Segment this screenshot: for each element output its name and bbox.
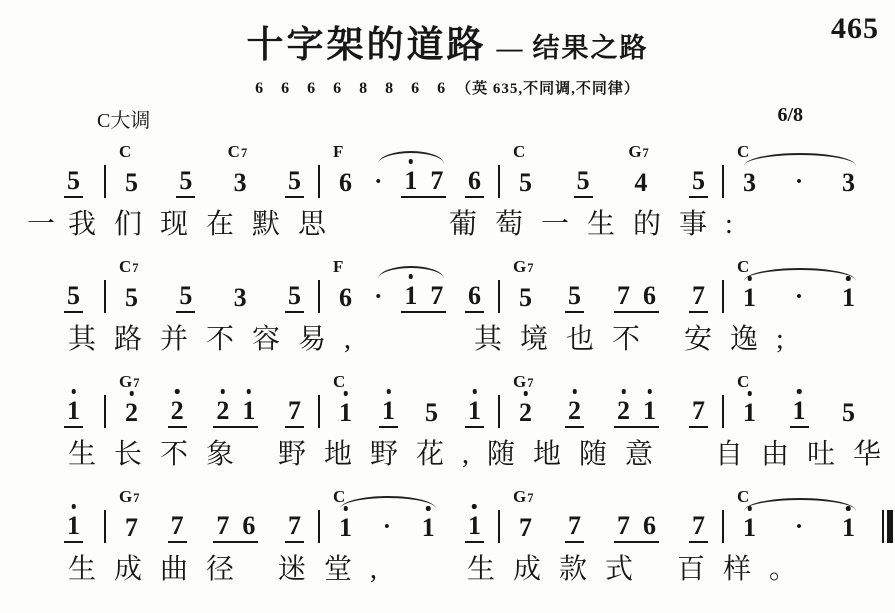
- notation-row: 1G722217C1151G722217C115: [0, 364, 895, 428]
- slur: [744, 153, 856, 166]
- chord-label: C: [737, 372, 750, 392]
- note-digit: 2: [617, 396, 630, 426]
- chord-label: C: [737, 487, 750, 507]
- note-digit: 1: [740, 398, 759, 428]
- note: G77: [122, 513, 141, 543]
- slur: [340, 496, 436, 509]
- octave-dot: [523, 391, 528, 396]
- note: 2: [168, 396, 187, 428]
- note-digit: 7: [285, 396, 304, 428]
- note-digit: 5: [176, 281, 195, 313]
- meter-row: 6 6 6 6 8 8 6 6 （英 635,不同调,不同律）: [0, 77, 895, 98]
- chord-label: C: [119, 142, 132, 162]
- note: 7: [168, 511, 187, 543]
- note: 1: [839, 283, 858, 313]
- system-2: 5C75535F6•176G755767C1•1其路并不容易,其境也不安逸;: [0, 249, 895, 359]
- note-group: 17: [401, 281, 446, 313]
- note: 7: [285, 511, 304, 543]
- beamed-notes: 21: [614, 396, 659, 428]
- beamed-notes: 21: [213, 396, 258, 428]
- lyric-phrase: 生成款式: [467, 547, 651, 587]
- lyric-phrase: 其境也不: [474, 317, 658, 357]
- octave-dot: [797, 389, 802, 394]
- note-digit: 5: [422, 398, 441, 428]
- pickup-measure: 1: [64, 511, 104, 543]
- duration-dot: •: [374, 168, 383, 198]
- note: 2: [565, 396, 584, 428]
- note: 1: [64, 511, 83, 543]
- pickup-measure: 1: [64, 396, 104, 428]
- note-digit: 6: [242, 511, 255, 541]
- note-digit: 2: [216, 396, 229, 426]
- note-digit: 7: [168, 511, 187, 543]
- note-digit: 2: [565, 396, 584, 428]
- lyrics-row: 其路并不容易,其境也不安逸;: [0, 315, 895, 359]
- octave-dot: [343, 391, 348, 396]
- hymn-subtitle: 结果之路: [533, 26, 649, 65]
- octave-dot: [572, 389, 577, 394]
- note-digit: 1: [740, 513, 759, 543]
- note: 5: [285, 166, 304, 198]
- beamed-notes: 76: [213, 511, 258, 543]
- octave-dot: [621, 389, 626, 394]
- measure: C75535: [106, 281, 318, 313]
- note-digit: 1: [242, 396, 255, 426]
- note-digit: 5: [839, 398, 858, 428]
- note: C1: [740, 513, 759, 543]
- note: G74: [631, 168, 650, 198]
- measure: C115: [724, 396, 872, 428]
- chord-label: G7: [513, 257, 534, 277]
- note: 5: [574, 166, 593, 198]
- lyrics-row: 生成曲径迷堂,生成款式百样。: [0, 545, 895, 589]
- measure: G777767: [500, 511, 722, 543]
- note-digit: 5: [64, 166, 83, 198]
- note: 7: [689, 396, 708, 428]
- note-digit: 1: [64, 396, 83, 428]
- note: 1: [790, 396, 809, 428]
- note: G72: [516, 398, 535, 428]
- note-digit: 2: [168, 396, 187, 428]
- note-digit: 5: [574, 166, 593, 198]
- note: 5: [64, 281, 83, 313]
- note: 1: [379, 396, 398, 428]
- lyric-phrase: 生成曲径: [68, 547, 252, 587]
- note-digit: 7: [617, 511, 630, 541]
- note-digit: 7: [617, 281, 630, 311]
- note-digit: 7: [122, 513, 141, 543]
- notation-row: 5C75535F6•176G755767C1•1: [0, 249, 895, 313]
- note-digit: 7: [430, 281, 443, 311]
- note: C5: [516, 168, 535, 198]
- note-digit: 7: [285, 511, 304, 543]
- measure: G722217: [500, 396, 722, 428]
- note: G72: [122, 398, 141, 428]
- octave-dot: [472, 389, 477, 394]
- slur: [378, 151, 444, 164]
- note-digit: 6: [465, 166, 484, 198]
- measure: C1•1: [724, 513, 872, 543]
- note-group: 21: [614, 396, 659, 428]
- hymn-title: 十字架的道路: [247, 14, 487, 68]
- measure: G755767: [500, 281, 722, 313]
- measure: C1151: [320, 396, 498, 428]
- note-digit: 1: [404, 166, 417, 196]
- note: 5: [422, 398, 441, 428]
- beamed-notes: 76: [614, 281, 659, 313]
- note: 5: [64, 166, 83, 198]
- octave-dot: [647, 389, 652, 394]
- lyric-phrase: 葡萄一生的事:: [449, 202, 751, 242]
- note: 1: [419, 513, 438, 543]
- note: 7: [689, 511, 708, 543]
- duration-dot: •: [382, 513, 391, 543]
- note-digit: 1: [379, 396, 398, 428]
- note: C3: [740, 168, 759, 198]
- lyric-phrase: 安逸;: [684, 317, 802, 357]
- measure: C55C735: [106, 166, 318, 198]
- beamed-notes: 76: [614, 511, 659, 543]
- note: 1: [839, 513, 858, 543]
- note-digit: 7: [516, 513, 535, 543]
- chord-label: C: [513, 142, 526, 162]
- note-digit: 7: [216, 511, 229, 541]
- chord-label: G7: [513, 487, 534, 507]
- chord-label: C: [737, 142, 750, 162]
- note-group: 21: [213, 396, 258, 428]
- note-digit: 3: [839, 168, 858, 198]
- tune-reference: （英 635,不同调,不同律）: [456, 81, 640, 97]
- note: 6: [465, 281, 484, 313]
- notation-row: 1G777767C1•11G777767C1•1: [0, 479, 895, 543]
- lyrics-row: 生长不象野地野花,随地随意自由吐华;: [0, 430, 895, 474]
- measure: G722217: [106, 396, 318, 428]
- octave-dot: [175, 389, 180, 394]
- lyric-phrase: 野地野花,随地随意: [278, 432, 671, 472]
- lyric-phrase: 百样。: [677, 547, 815, 587]
- chord-label: G7: [119, 487, 140, 507]
- octave-dot: [472, 504, 477, 509]
- lyric-phrase: 生长不象: [68, 432, 252, 472]
- note-digit: 1: [643, 396, 656, 426]
- note-digit: 1: [419, 513, 438, 543]
- note: C1: [740, 283, 759, 313]
- note-digit: 7: [689, 396, 708, 428]
- chord-label: C7: [119, 257, 140, 277]
- note: 7: [285, 396, 304, 428]
- duration-dot: •: [794, 283, 803, 313]
- note-digit: 1: [839, 513, 858, 543]
- octave-dot: [747, 391, 752, 396]
- note: 3: [231, 283, 250, 313]
- note-digit: 5: [516, 283, 535, 313]
- note-digit: 1: [790, 396, 809, 428]
- note: C73: [231, 168, 250, 198]
- beamed-notes: 17: [401, 166, 446, 198]
- note-digit: 2: [122, 398, 141, 428]
- note-digit: 5: [122, 283, 141, 313]
- title-dash: —: [497, 34, 523, 64]
- note: 7: [565, 511, 584, 543]
- duration-dot: •: [794, 168, 803, 198]
- note: G77: [516, 513, 535, 543]
- measure: C1•11: [320, 511, 498, 543]
- measure: F6•176: [320, 166, 498, 198]
- note-digit: 3: [740, 168, 759, 198]
- note-digit: 2: [516, 398, 535, 428]
- lyric-phrase: 迷堂,: [278, 547, 395, 587]
- time-signature: 6/8: [777, 104, 803, 127]
- system-1: 5C55C735F6•176C55G745C3•3一我们现在默思葡萄一生的事:: [0, 134, 895, 244]
- note: C75: [122, 283, 141, 313]
- lyrics-row: 一我们现在默思葡萄一生的事:: [0, 200, 895, 244]
- system-4: 1G777767C1•11G777767C1•1生成曲径迷堂,生成款式百样。: [0, 479, 895, 589]
- note-group: 76: [614, 281, 659, 313]
- note-digit: 6: [336, 283, 355, 313]
- note: 5: [176, 166, 195, 198]
- octave-dot: [129, 391, 134, 396]
- note: 5: [176, 281, 195, 313]
- note: F6: [336, 283, 355, 313]
- note-digit: 5: [122, 168, 141, 198]
- octave-dot: [71, 389, 76, 394]
- note-group: 76: [213, 511, 258, 543]
- lyric-phrase: 其路并不容易,: [68, 317, 369, 357]
- title-row: 十字架的道路 — 结果之路: [0, 0, 895, 68]
- note: C5: [122, 168, 141, 198]
- note-digit: 7: [430, 166, 443, 196]
- measure: C55G745: [500, 166, 722, 198]
- system-3: 1G722217C1151G722217C115生长不象野地野花,随地随意自由吐…: [0, 364, 895, 474]
- pickup-measure: 5: [64, 281, 104, 313]
- chord-label: C: [737, 257, 750, 277]
- note-digit: 6: [643, 281, 656, 311]
- chord-label: F: [333, 142, 344, 162]
- note: C1: [336, 513, 355, 543]
- note-digit: 3: [231, 168, 250, 198]
- note: 1: [465, 396, 484, 428]
- note: 5: [565, 281, 584, 313]
- key-time-row: C大调 6/8: [0, 104, 895, 132]
- note-digit: 6: [336, 168, 355, 198]
- hymn-sheet-page: 465 十字架的道路 — 结果之路 6 6 6 6 8 8 6 6 （英 635…: [0, 0, 895, 613]
- notation-row: 5C55C735F6•176C55G745C3•3: [0, 134, 895, 198]
- note: 3: [839, 168, 858, 198]
- final-barline: [882, 510, 893, 543]
- measure: C3•3: [724, 168, 872, 198]
- pickup-measure: 5: [64, 166, 104, 198]
- slur: [744, 498, 856, 511]
- note: 5: [285, 281, 304, 313]
- note-digit: 5: [516, 168, 535, 198]
- note: 1: [64, 396, 83, 428]
- note-digit: 1: [465, 396, 484, 428]
- octave-dot: [71, 504, 76, 509]
- slur: [378, 266, 444, 279]
- note-digit: 1: [839, 283, 858, 313]
- note-digit: 7: [689, 281, 708, 313]
- lyric-phrase: 自由吐华;: [715, 432, 895, 472]
- chord-label: C: [333, 372, 346, 392]
- lyric-phrase: 我们现在默思: [68, 202, 344, 242]
- note-digit: 4: [631, 168, 650, 198]
- score: 5C55C735F6•176C55G745C3•3一我们现在默思葡萄一生的事:5…: [0, 134, 895, 589]
- page-number: 465: [831, 12, 879, 46]
- key-signature: C大调: [97, 104, 150, 133]
- chord-label: G7: [513, 372, 534, 392]
- verse-number: 一: [27, 202, 55, 242]
- note: C1: [740, 398, 759, 428]
- note-digit: 1: [465, 511, 484, 543]
- note-digit: 5: [285, 166, 304, 198]
- note: 7: [689, 281, 708, 313]
- chord-label: G7: [119, 372, 140, 392]
- note-digit: 6: [465, 281, 484, 313]
- chord-label: F: [333, 257, 344, 277]
- note: 5: [839, 398, 858, 428]
- measure: C1•1: [724, 283, 872, 313]
- note-digit: 3: [231, 283, 250, 313]
- duration-dot: •: [374, 283, 383, 313]
- note-digit: 1: [64, 511, 83, 543]
- note-digit: 7: [565, 511, 584, 543]
- octave-dot: [221, 389, 226, 394]
- note-digit: 5: [64, 281, 83, 313]
- note-digit: 1: [336, 398, 355, 428]
- octave-dot: [247, 389, 252, 394]
- duration-dot: •: [794, 513, 803, 543]
- note: F6: [336, 168, 355, 198]
- note-group: 17: [401, 166, 446, 198]
- note: 5: [689, 166, 708, 198]
- chord-label: C7: [228, 142, 249, 162]
- measure: G777767: [106, 511, 318, 543]
- note-digit: 5: [689, 166, 708, 198]
- note-digit: 6: [643, 511, 656, 541]
- beamed-notes: 17: [401, 281, 446, 313]
- note-digit: 1: [336, 513, 355, 543]
- note-digit: 5: [565, 281, 584, 313]
- note-group: 76: [614, 511, 659, 543]
- note-digit: 1: [740, 283, 759, 313]
- note-digit: 1: [404, 281, 417, 311]
- chord-label: G7: [628, 142, 649, 162]
- octave-dot: [386, 389, 391, 394]
- note-digit: 7: [689, 511, 708, 543]
- note: 6: [465, 166, 484, 198]
- note: 1: [465, 511, 484, 543]
- meter-pattern: 6 6 6 6 8 8 6 6: [255, 80, 452, 97]
- slur: [744, 268, 856, 281]
- note: G75: [516, 283, 535, 313]
- measure: F6•176: [320, 281, 498, 313]
- note-digit: 5: [176, 166, 195, 198]
- note-digit: 5: [285, 281, 304, 313]
- note: C1: [336, 398, 355, 428]
